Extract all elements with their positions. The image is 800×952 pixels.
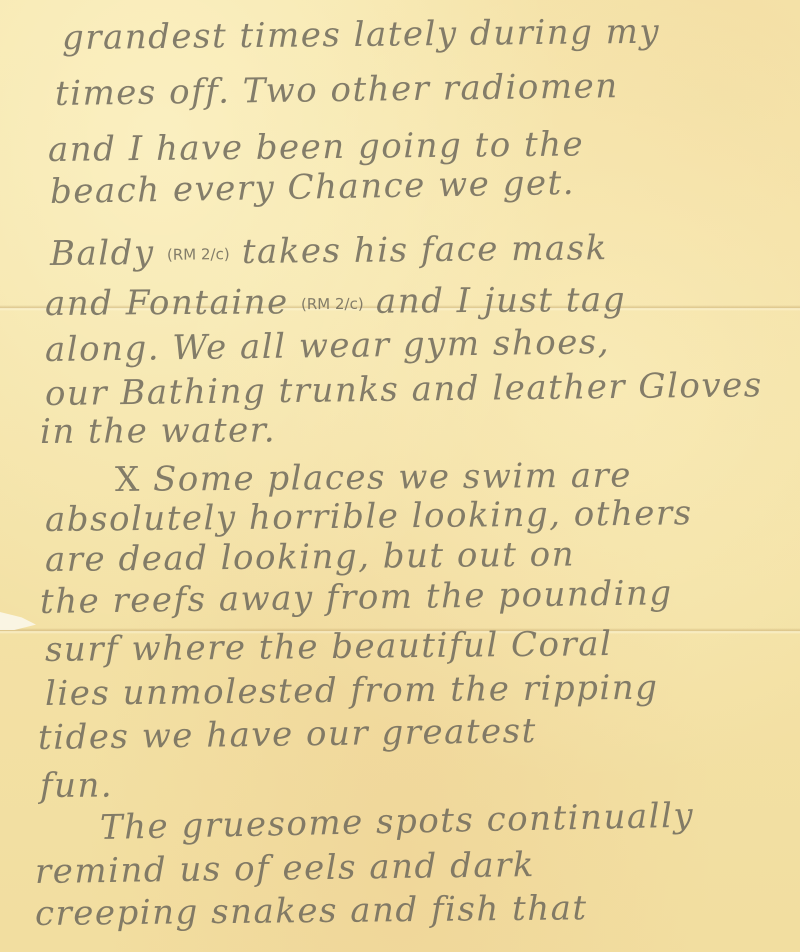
- letter-line: are dead looking, but out on: [45, 534, 575, 580]
- letter-page: grandest times lately during my times of…: [0, 0, 800, 952]
- letter-line: lies unmolested from the ripping: [45, 668, 659, 714]
- letter-text: and Fontaine: [45, 282, 301, 324]
- letter-line: fun.: [40, 766, 113, 806]
- letter-line: The gruesome spots continually: [100, 796, 695, 848]
- rank-annotation: (RM 2/c): [167, 245, 230, 264]
- crossed-out-mark: X: [115, 460, 141, 500]
- letter-line: times off. Two other radiomen: [55, 66, 619, 114]
- letter-text: takes his face mask: [229, 228, 608, 272]
- letter-line: remind us of eels and dark: [35, 845, 535, 892]
- letter-line: the reefs away from the pounding: [40, 573, 673, 622]
- letter-body: grandest times lately during my times of…: [0, 0, 800, 952]
- letter-line: grandest times lately during my: [62, 12, 661, 58]
- letter-text: Baldy: [50, 233, 167, 274]
- letter-line: our Bathing trunks and leather Gloves: [45, 365, 763, 414]
- letter-line: beach every Chance we get.: [50, 163, 576, 212]
- letter-line: Baldy (RM 2/c) takes his face mask: [50, 228, 608, 274]
- letter-line: X Some places we swim are: [115, 455, 632, 500]
- letter-line: and Fontaine (RM 2/c) and I just tag: [45, 280, 626, 324]
- letter-line: surf where the beautiful Coral: [45, 624, 613, 670]
- letter-line: tides we have our greatest: [38, 711, 537, 758]
- letter-line: absolutely horrible looking, others: [45, 493, 693, 540]
- rank-annotation: (RM 2/c): [301, 295, 364, 313]
- letter-text: and I just tag: [364, 280, 627, 322]
- letter-line: creeping snakes and fish that: [35, 888, 588, 934]
- letter-line: along. We all wear gym shoes,: [45, 322, 611, 370]
- letter-line: in the water.: [40, 410, 276, 452]
- letter-text: Some places we swim are: [141, 455, 633, 499]
